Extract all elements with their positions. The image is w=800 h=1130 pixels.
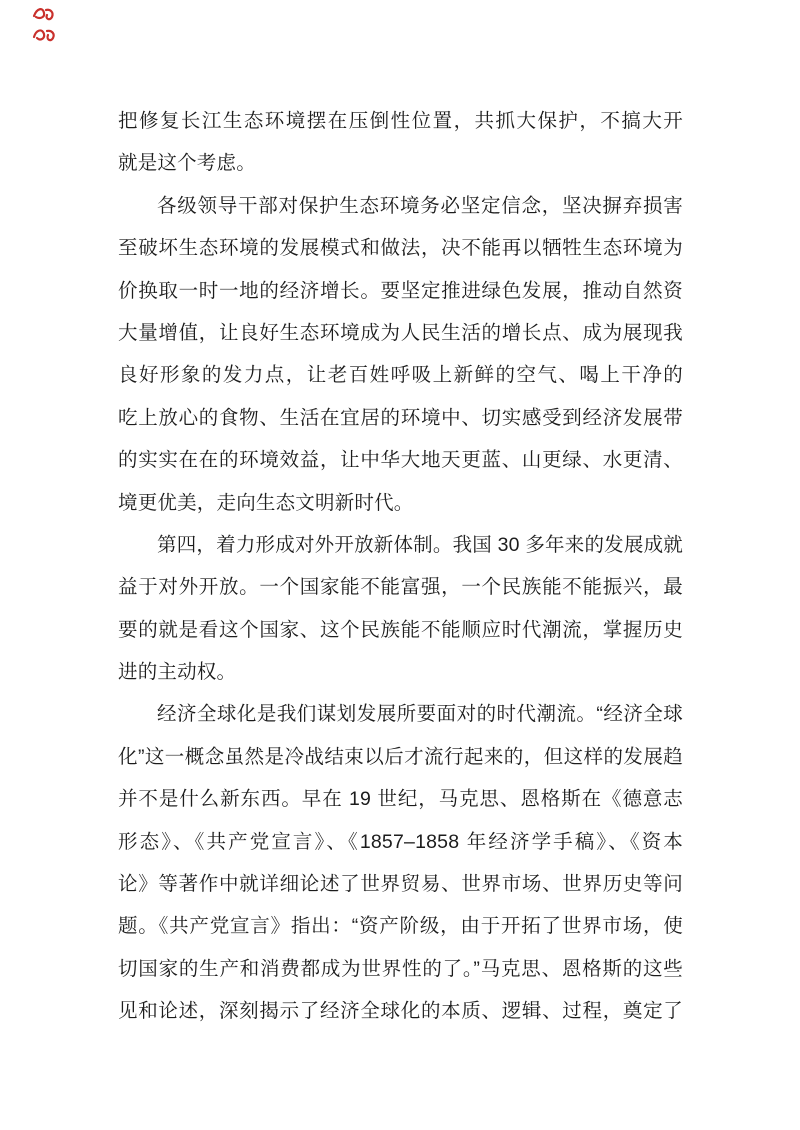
text-line: 价换取一时一地的经济增长。要坚定推进绿色发展，推动自然资本 — [118, 270, 683, 312]
document-text: 把修复长江生态环境摆在压倒性位置，共抓大保护，不搞大开发，就是这个考虑。各级领导… — [118, 100, 683, 1033]
text-line: 题。《共产党宣言》指出：“资产阶级，由于开拓了世界市场，使一 — [118, 905, 683, 947]
text-line: 经济全球化是我们谋划发展所要面对的时代潮流。“经济全球 — [118, 693, 683, 735]
text-line: 就是这个考虑。 — [118, 142, 683, 184]
text-line: 化”这一概念虽然是冷战结束以后才流行起来的，但这样的发展趋势 — [118, 736, 683, 778]
text-line: 各级领导干部对保护生态环境务必坚定信念，坚决摒弃损害甚 — [118, 185, 683, 227]
text-line: 进的主动权。 — [118, 651, 683, 693]
text-line: 益于对外开放。一个国家能不能富强，一个民族能不能振兴，最重 — [118, 566, 683, 608]
text-line: 切国家的生产和消费都成为世界性的了。”马克思、恩格斯的这些洞 — [118, 948, 683, 990]
text-line: 至破坏生态环境的发展模式和做法，决不能再以牺牲生态环境为代 — [118, 227, 683, 269]
red-pen-marks — [30, 4, 60, 46]
text-line: 吃上放心的食物、生活在宜居的环境中、切实感受到经济发展带来 — [118, 397, 683, 439]
text-line: 第四，着力形成对外开放新体制。我国 30 多年来的发展成就得 — [118, 524, 683, 566]
text-line: 要的就是看这个国家、这个民族能不能顺应时代潮流，掌握历史前 — [118, 609, 683, 651]
text-line: 境更优美，走向生态文明新时代。 — [118, 482, 683, 524]
red-pen-mark-icon — [30, 4, 60, 46]
text-line: 的实实在在的环境效益，让中华大地天更蓝、山更绿、水更清、环 — [118, 439, 683, 481]
text-line: 见和论述，深刻揭示了经济全球化的本质、逻辑、过程，奠定了我 — [118, 990, 683, 1032]
text-line: 把修复长江生态环境摆在压倒性位置，共抓大保护，不搞大开发， — [118, 100, 683, 142]
text-line: 形态》、《共产党宣言》、《1857–1858 年经济学手稿》、《资本 — [118, 821, 683, 863]
text-line: 并不是什么新东西。早在 19 世纪，马克思、恩格斯在《德意志意识 — [118, 778, 683, 820]
document-page: 把修复长江生态环境摆在压倒性位置，共抓大保护，不搞大开发，就是这个考虑。各级领导… — [0, 0, 800, 1130]
text-line: 论》等著作中就详细论述了世界贸易、世界市场、世界历史等问 — [118, 863, 683, 905]
text-line: 良好形象的发力点，让老百姓呼吸上新鲜的空气、喝上干净的水、 — [118, 354, 683, 396]
text-line: 大量增值，让良好生态环境成为人民生活的增长点、成为展现我国 — [118, 312, 683, 354]
